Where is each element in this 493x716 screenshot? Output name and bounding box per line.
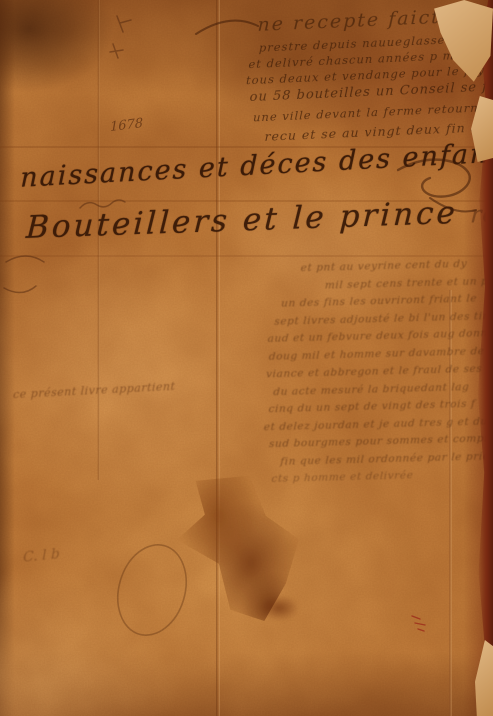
flourish-title-swash [398, 160, 470, 197]
flourish-top-center [196, 21, 258, 34]
red-corner-mark [412, 616, 425, 631]
flourish-overlay [0, 0, 493, 716]
flourish-title-tail [430, 198, 476, 212]
oval-pen-loop [108, 537, 197, 644]
tally-mark-2 [110, 44, 123, 58]
manuscript-photo: ne recepte faicte p a prestre depuis nau… [0, 0, 493, 716]
left-margin-scribble-1 [6, 256, 44, 262]
scribble-above-title2 [80, 200, 125, 208]
left-margin-scribble-2 [4, 286, 36, 293]
tally-mark-1 [117, 16, 131, 32]
